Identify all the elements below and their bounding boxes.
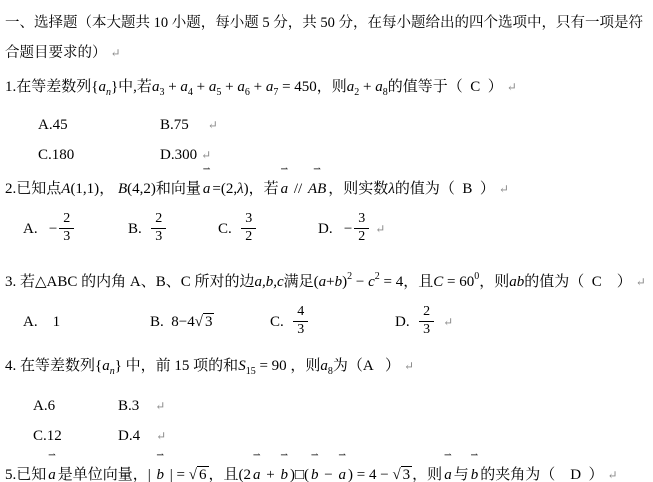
question-4-option-d: D.4 ↵: [118, 425, 166, 447]
math-text: D. −: [318, 221, 352, 238]
document-page: 一、选择题（本大题共 10 小题，每小题 5 分，共 50 分，在每小题给出的四…: [0, 0, 653, 482]
math-text: B.75: [160, 117, 189, 133]
fraction-numerator: 2: [419, 304, 434, 321]
math-text: (2: [239, 467, 252, 482]
math-variable: B: [118, 181, 127, 197]
math-variable: a: [375, 79, 383, 95]
text-run: 1.在等差数列: [5, 79, 91, 95]
vector: b: [309, 460, 321, 482]
fraction: 23: [59, 211, 74, 244]
math-text: D.: [395, 314, 417, 331]
math-text: = 4: [380, 274, 403, 290]
text-run: ，: [99, 181, 118, 197]
math-text: √: [189, 467, 197, 482]
math-text: (1,1): [70, 181, 99, 197]
fraction-denominator: 2: [241, 229, 256, 245]
math-variable: a: [98, 79, 106, 95]
vector: a: [279, 174, 291, 204]
math-variable: a: [320, 358, 328, 374]
text-run: 是单位向量，: [58, 467, 148, 482]
question-4-option-c: C.12: [33, 425, 118, 447]
question-1-option-b: B.75 ↵: [160, 114, 218, 136]
text-run: ，则: [479, 274, 509, 290]
fraction: 32: [354, 211, 369, 244]
text-run: 2.已知点: [5, 181, 61, 197]
vector: a: [251, 460, 263, 482]
paragraph-mark: ↵: [143, 399, 165, 413]
vector: a: [46, 460, 58, 482]
math-text: = 450: [278, 79, 316, 95]
text-run: 5.已知: [5, 467, 46, 482]
text-run: 4. 在等差数列: [5, 358, 95, 374]
text-run: ，且: [403, 274, 433, 290]
text-run: 3. 若△ABC 的内角 A、B、C 所对的边: [5, 274, 254, 290]
math-text: |: [148, 467, 155, 482]
text-run: ，且: [209, 467, 239, 482]
paragraph-mark: ↵: [375, 222, 385, 237]
text-run: 中,若: [118, 79, 152, 95]
fraction-denominator: 3: [293, 322, 308, 338]
subscript: 15: [246, 366, 256, 377]
paragraph-mark: ↵: [608, 468, 618, 482]
fraction-numerator: 2: [151, 211, 166, 228]
radicand: 6: [197, 466, 209, 482]
text-run: ，则实数: [328, 181, 388, 197]
math-text: C.: [218, 221, 239, 238]
math-text: A. 1: [23, 314, 60, 331]
text-run: 与: [454, 467, 469, 482]
question-3-option-b: B. 8−4√3: [150, 313, 270, 331]
question-1-stem: 1.在等差数列{an}中,若a3 + a4 + a5 + a6 + a7 = 4…: [5, 72, 648, 108]
text-run: 满足: [284, 274, 314, 290]
text-run: 的值为（ B ）: [395, 181, 495, 197]
fraction-numerator: 2: [59, 211, 74, 228]
question-1-option-d: D.300↵: [160, 144, 211, 166]
math-text: B.3: [118, 398, 139, 414]
text-run: 的值为（ C ）: [524, 274, 632, 290]
question-3-option-d: D. 23 ↵: [395, 305, 453, 338]
math-text: −: [352, 274, 368, 290]
fraction: 32: [241, 211, 256, 244]
paragraph-mark: ↵: [440, 315, 453, 330]
math-text: +: [326, 274, 334, 290]
fraction: 23: [419, 304, 434, 337]
math-text: C.180: [38, 147, 74, 163]
math-text: A. −: [23, 221, 57, 238]
vector: AB: [306, 174, 328, 204]
question-5-stem: 5.已知a是单位向量，| b | = √6，且(2a + b)□(b − a) …: [5, 460, 648, 482]
fraction-denominator: 2: [354, 229, 369, 245]
question-4-stem: 4. 在等差数列{an} 中，前 15 项的和S15 = 90 ，则a8为（A …: [5, 351, 648, 387]
question-1-option-c: C.180: [38, 144, 160, 166]
question-2-stem: 2.已知点A(1,1)， B(4,2)和向量a=(2,λ)，若a // AB，则…: [5, 174, 648, 204]
vector: b: [278, 460, 290, 482]
question-4-option-b: B.3 ↵: [118, 395, 165, 417]
text-run: 的夹角为（ D ）: [480, 467, 603, 482]
fraction-denominator: 3: [59, 229, 74, 245]
text-run: 一、选择题（本大题共 10 小题，每小题 5 分，共 50 分，在每小题给出的四…: [5, 15, 643, 61]
paragraph-mark: ↵: [499, 182, 509, 196]
vector: a: [442, 460, 454, 482]
vector: a: [201, 174, 213, 204]
text-run: 为（A ）: [333, 358, 400, 374]
math-variable: a: [180, 79, 188, 95]
question-4-options-row-2: C.12 D.4 ↵: [33, 425, 648, 447]
math-text: A.6: [33, 398, 55, 414]
question-1-options-row-1: A.45 B.75 ↵: [38, 114, 648, 136]
math-text: D.300: [160, 147, 197, 163]
math-text: =(2,: [212, 181, 237, 197]
question-2-option-a: A. −23: [23, 212, 128, 245]
text-run: ，若: [249, 181, 279, 197]
fraction: 43: [293, 304, 308, 337]
radicand: 3: [401, 466, 413, 482]
math-text: )□(: [290, 467, 309, 482]
question-4-option-a: A.6: [33, 395, 118, 417]
fraction-denominator: 3: [419, 322, 434, 338]
math-text: A.45: [38, 117, 68, 133]
paragraph-mark: ↵: [111, 46, 121, 60]
math-text: +: [164, 79, 180, 95]
math-text: √: [195, 314, 203, 331]
math-variable: C: [433, 274, 443, 290]
paragraph-mark: ↵: [404, 359, 414, 373]
text-run: ，则: [317, 79, 347, 95]
paragraph-mark: ↵: [507, 80, 517, 94]
math-text: //: [290, 181, 306, 197]
paragraph-mark: ↵: [201, 148, 211, 162]
question-1-option-a: A.45: [38, 114, 160, 136]
question-3-options-row: A. 1 B. 8−4√3 C. 43 D. 23 ↵: [23, 299, 648, 345]
fraction-numerator: 3: [241, 211, 256, 228]
question-3-option-c: C. 43: [270, 305, 395, 338]
math-text: +: [221, 79, 237, 95]
paragraph-mark: ↵: [193, 118, 218, 132]
math-variable: a,b,c: [254, 274, 283, 290]
math-text: +: [193, 79, 209, 95]
math-text: C.12: [33, 428, 62, 444]
text-run: 的值等于（ C ）: [388, 79, 503, 95]
question-2-option-c: C. 32: [218, 212, 318, 245]
vector: b: [155, 460, 167, 482]
question-4-options-row-1: A.6 B.3 ↵: [33, 395, 648, 417]
fraction-numerator: 4: [293, 304, 308, 321]
question-2-option-d: D. −32↵: [318, 212, 385, 245]
math-text: }: [115, 358, 122, 374]
fraction-denominator: 3: [151, 229, 166, 245]
math-text: | =: [166, 467, 189, 482]
math-text: = 90: [256, 358, 287, 374]
fraction: 23: [151, 211, 166, 244]
vector: b: [469, 460, 481, 482]
math-text: ) = 4 −: [348, 467, 392, 482]
math-text: B. 8−4: [150, 314, 195, 331]
math-text: D.4: [118, 428, 140, 444]
question-3-stem: 3. 若△ABC 的内角 A、B、C 所对的边a,b,c满足(a+b)2 − c…: [5, 262, 648, 297]
text-run: ，则: [412, 467, 442, 482]
math-text: (4,2): [127, 181, 156, 197]
math-text: = 60: [443, 274, 474, 290]
section-header: 一、选择题（本大题共 10 小题，每小题 5 分，共 50 分，在每小题给出的四…: [5, 8, 650, 68]
question-2-options-row: A. −23 B. 23 C. 32 D. −32↵: [23, 206, 648, 252]
vector: a: [337, 460, 349, 482]
math-text: B.: [128, 221, 149, 238]
math-variable: c: [368, 274, 375, 290]
question-1-options-row-2: C.180 D.300↵: [38, 144, 648, 166]
question-3-option-a: A. 1: [23, 314, 150, 331]
math-variable: a: [102, 358, 110, 374]
math-text: C.: [270, 314, 291, 331]
text-run: 和向量: [156, 181, 201, 197]
math-text: √: [392, 467, 400, 482]
math-text: +: [250, 79, 266, 95]
math-variable: ab: [509, 274, 524, 290]
math-text: +: [359, 79, 375, 95]
math-variable: S: [238, 358, 246, 374]
text-run: 中，前 15 项的和: [122, 358, 238, 374]
paragraph-mark: ↵: [144, 429, 166, 443]
math-text: −: [321, 467, 337, 482]
math-variable: a: [237, 79, 245, 95]
paragraph-mark: ↵: [636, 275, 646, 289]
question-2-option-b: B. 23: [128, 212, 218, 245]
math-text: +: [263, 467, 279, 482]
radicand: 3: [203, 313, 215, 331]
fraction-numerator: 3: [354, 211, 369, 228]
text-run: ，则: [287, 358, 321, 374]
